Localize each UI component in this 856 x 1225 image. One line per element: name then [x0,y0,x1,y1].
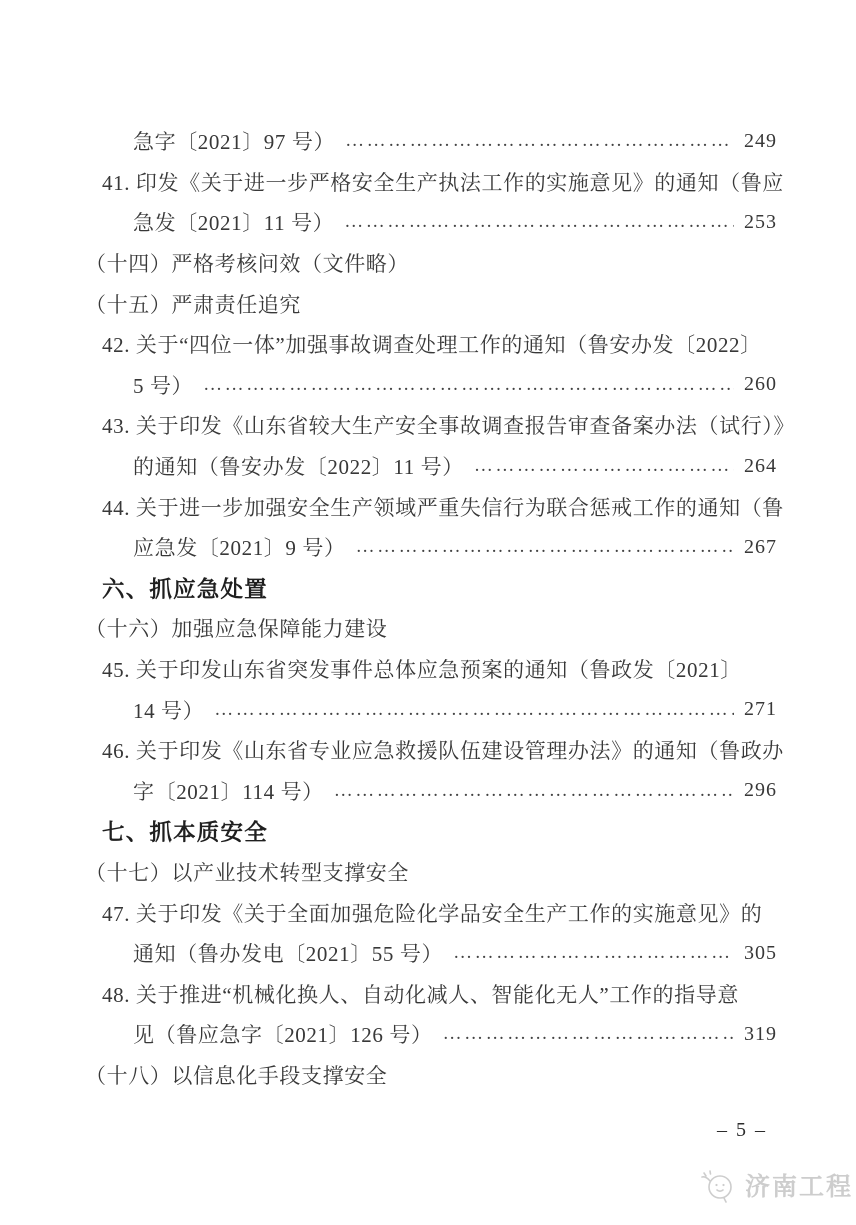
toc-line-text: 应急发〔2021〕9 号） [133,532,346,562]
toc-line-text: 七、抓本质安全 [102,815,268,847]
mascot-logo-icon [698,1165,738,1205]
toc-subsection-heading: （十六）加强应急保障能力建设 [0,608,856,649]
dot-leader [443,1023,734,1045]
toc-line-text: 急发〔2021〕11 号） [133,207,334,237]
toc-subsection-heading: （十四）严格考核问效（文件略） [0,243,856,284]
toc-entry-line: 41. 印发《关于进一步严格安全生产执法工作的实施意见》的通知（鲁应 [0,162,856,203]
page-ref: 264 [739,455,777,478]
toc-line-text: （十七）以产业技术转型支撑安全 [85,857,409,887]
footer-page-number: – 5 – [717,1119,767,1142]
toc-line-text: （十八）以信息化手段支撑安全 [85,1060,387,1090]
dot-leader [474,455,734,477]
dot-leader [214,699,734,721]
page-ref: 253 [739,211,777,234]
toc-entry-continuation: 急字〔2021〕97 号） 249 [0,121,856,162]
toc-line-text: （十五）严肃责任追究 [85,289,301,319]
page-ref: 296 [739,779,777,802]
dot-leader [344,211,734,233]
toc-entry-continuation: 字〔2021〕114 号） 296 [0,771,856,812]
table-of-contents: 急字〔2021〕97 号） 249 41. 印发《关于进一步严格安全生产执法工作… [0,121,856,1095]
toc-entry-line: 43. 关于印发《山东省较大生产安全事故调查报告审查备案办法（试行）》 [0,405,856,446]
toc-entry-line: 48. 关于推进“机械化换人、自动化减人、智能化无人”工作的指导意 [0,973,856,1014]
dot-leader [334,780,734,802]
dot-leader [453,942,734,964]
dot-leader [345,130,734,152]
toc-line-text: 通知（鲁办发电〔2021〕55 号） [133,938,443,968]
toc-entry-continuation: 急发〔2021〕11 号） 253 [0,202,856,243]
toc-line-text: （十六）加强应急保障能力建设 [85,613,387,643]
watermark: 济南工程 [698,1165,853,1205]
watermark-text: 济南工程 [745,1167,853,1203]
toc-line-text: 43. 关于印发《山东省较大生产安全事故调查报告审查备案办法（试行）》 [102,410,795,440]
toc-subsection-heading: （十七）以产业技术转型支撑安全 [0,852,856,893]
toc-line-text: （十四）严格考核问效（文件略） [85,248,409,278]
toc-line-text: 六、抓应急处置 [102,572,268,604]
toc-section-heading: 七、抓本质安全 [0,811,856,852]
toc-line-text: 急字〔2021〕97 号） [133,126,335,156]
toc-entry-line: 47. 关于印发《关于全面加强危险化学品安全生产工作的实施意见》的 [0,892,856,933]
page-ref: 305 [739,942,777,965]
toc-line-text: 14 号） [133,695,204,725]
toc-section-heading: 六、抓应急处置 [0,568,856,609]
toc-entry-continuation: 的通知（鲁安办发〔2022〕11 号） 264 [0,446,856,487]
toc-entry-continuation: 5 号） 260 [0,365,856,406]
toc-subsection-heading: （十八）以信息化手段支撑安全 [0,1055,856,1096]
toc-entry-line: 45. 关于印发山东省突发事件总体应急预案的通知（鲁政发〔2021〕 [0,649,856,690]
toc-subsection-heading: （十五）严肃责任追究 [0,283,856,324]
toc-line-text: 44. 关于进一步加强安全生产领域严重失信行为联合惩戒工作的通知（鲁 [102,492,784,522]
toc-entry-continuation: 通知（鲁办发电〔2021〕55 号） 305 [0,933,856,974]
toc-line-text: 45. 关于印发山东省突发事件总体应急预案的通知（鲁政发〔2021〕 [102,654,742,684]
page-ref: 267 [739,536,777,559]
toc-line-text: 48. 关于推进“机械化换人、自动化减人、智能化无人”工作的指导意 [102,979,739,1009]
dot-leader [356,536,734,558]
dot-leader [203,374,734,396]
toc-entry-continuation: 14 号） 271 [0,689,856,730]
document-page: 急字〔2021〕97 号） 249 41. 印发《关于进一步严格安全生产执法工作… [0,0,856,1225]
toc-line-text: 46. 关于印发《山东省专业应急救援队伍建设管理办法》的通知（鲁政办 [102,735,784,765]
toc-entry-continuation: 应急发〔2021〕9 号） 267 [0,527,856,568]
toc-line-text: 字〔2021〕114 号） [133,776,324,806]
toc-line-text: 的通知（鲁安办发〔2022〕11 号） [133,451,464,481]
toc-entry-line: 46. 关于印发《山东省专业应急救援队伍建设管理办法》的通知（鲁政办 [0,730,856,771]
page-ref: 319 [739,1023,777,1046]
toc-entry-line: 42. 关于“四位一体”加强事故调查处理工作的通知（鲁安办发〔2022〕 [0,324,856,365]
toc-line-text: 见（鲁应急字〔2021〕126 号） [133,1019,433,1049]
toc-line-text: 47. 关于印发《关于全面加强危险化学品安全生产工作的实施意见》的 [102,898,762,928]
page-ref: 260 [739,373,777,396]
toc-line-text: 42. 关于“四位一体”加强事故调查处理工作的通知（鲁安办发〔2022〕 [102,329,762,359]
toc-line-text: 41. 印发《关于进一步严格安全生产执法工作的实施意见》的通知（鲁应 [102,167,784,197]
page-ref: 249 [739,130,777,153]
toc-entry-continuation: 见（鲁应急字〔2021〕126 号） 319 [0,1014,856,1055]
page-ref: 271 [739,698,777,721]
toc-entry-line: 44. 关于进一步加强安全生产领域严重失信行为联合惩戒工作的通知（鲁 [0,486,856,527]
toc-line-text: 5 号） [133,370,193,400]
